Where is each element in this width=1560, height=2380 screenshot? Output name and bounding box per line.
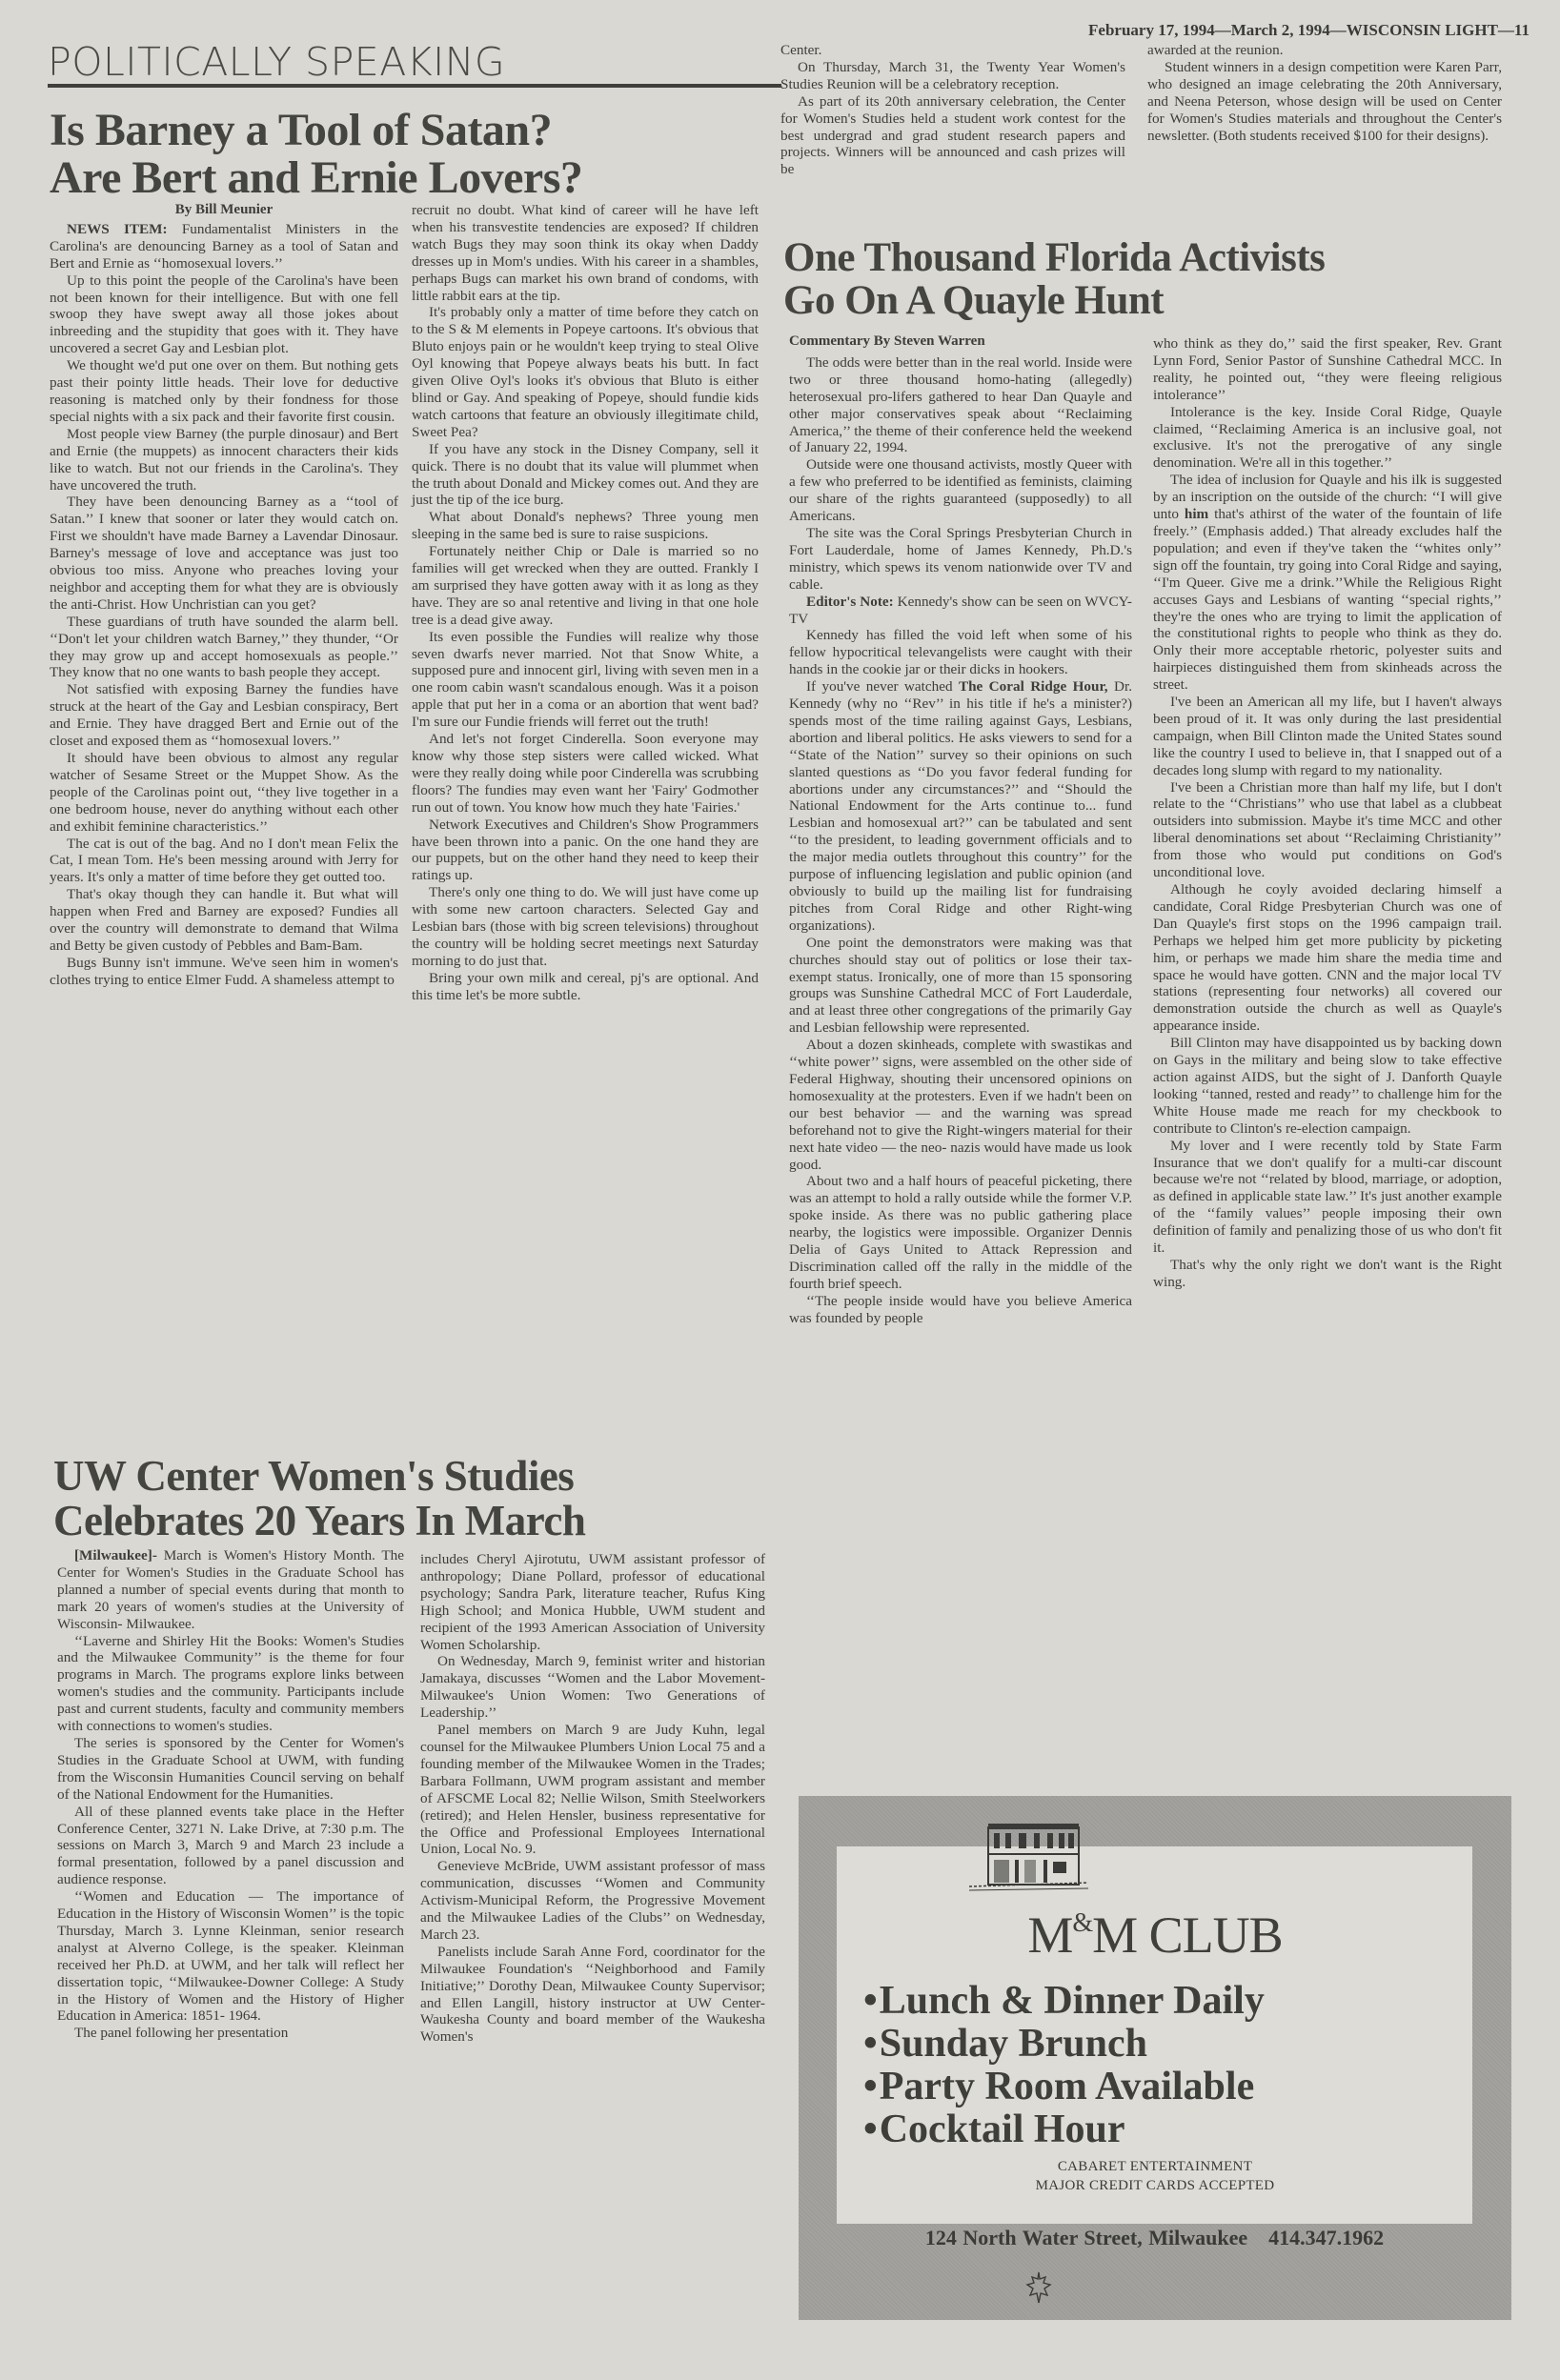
paragraph: All of these planned events take place i… [57,1804,404,1889]
emphasis-word: him [1185,506,1208,522]
ad-contact: 124 North Water Street, Milwaukee414.347… [837,2226,1472,2250]
dateline-paragraph: [Milwaukee]- March is Women's History Mo… [57,1547,404,1633]
womens-studies-headline-line2: Celebrates 20 Years In March [53,1499,778,1543]
paragraph: That's why the only right we don't want … [1153,1257,1502,1291]
paragraph: The idea of inclusion for Quayle and his… [1153,472,1502,694]
ampersand: & [1072,1908,1092,1938]
paragraph: The cat is out of the bag. And no I don'… [50,836,398,887]
paragraph: The site was the Coral Springs Presbyter… [789,525,1132,594]
paragraph: ‘‘Women and Education — The importance o… [57,1888,404,2025]
barney-headline: Is Barney a Tool of Satan? Are Bert and … [50,107,774,203]
florida-headline-line1: One Thousand Florida Activists [783,236,1536,279]
paragraph: As part of its 20th anniversary celebrat… [780,93,1125,179]
paragraph: Bill Clinton may have disappointed us by… [1153,1035,1502,1137]
florida-column-1: Commentary By Steven Warren The odds wer… [789,333,1132,1327]
paragraph: It should have been obvious to almost an… [50,750,398,836]
womens-studies-headline: UW Center Women's Studies Celebrates 20 … [53,1454,778,1544]
paragraph: recruit no doubt. What kind of career wi… [412,202,759,304]
paragraph: On Thursday, March 31, the Twenty Year W… [780,59,1125,93]
paragraph: Up to this point the people of the Carol… [50,272,398,358]
paragraph: Although he coyly avoided declaring hims… [1153,881,1502,1035]
paragraph: These guardians of truth have sounded th… [50,614,398,682]
paragraph: includes Cheryl Ajirotutu, UWM assistant… [420,1551,765,1653]
editors-note: Editor's Note: Kennedy's show can be see… [789,594,1132,628]
paragraph: Panel members on March 9 are Judy Kuhn, … [420,1722,765,1858]
paragraph: That's okay though they can handle it. B… [50,886,398,955]
paragraph: About two and a half hours of peaceful p… [789,1173,1132,1292]
paragraph: And let's not forget Cinderella. Soon ev… [412,731,759,817]
ad-feature-item: Lunch & Dinner Daily [863,1980,1483,2023]
page-folio: February 17, 1994—March 2, 1994—WISCONSI… [1001,21,1530,40]
ad-address: 124 North Water Street, Milwaukee [925,2226,1247,2249]
ad-small-print: CABARET ENTERTAINMENT MAJOR CREDIT CARDS… [799,2157,1511,2195]
florida-byline: Commentary By Steven Warren [789,333,1132,351]
florida-headline: One Thousand Florida Activists Go On A Q… [783,236,1536,322]
womens-studies-headline-line1: UW Center Women's Studies [53,1454,778,1499]
paragraph: The panel following her presentation [57,2025,404,2042]
paragraph: We thought we'd put one over on them. Bu… [50,357,398,426]
barney-byline: By Bill Meunier [50,202,398,219]
ad-credit-cards: MAJOR CREDIT CARDS ACCEPTED [799,2176,1511,2195]
barney-column-2: recruit no doubt. What kind of career wi… [412,202,759,1004]
barney-lead-paragraph: NEWS ITEM: Fundamentalist Ministers in t… [50,221,398,272]
paragraph: There's only one thing to do. We will ju… [412,884,759,970]
ad-feature-item: Party Room Available [863,2066,1483,2108]
barney-headline-line1: Is Barney a Tool of Satan? [50,107,774,154]
ad-cabaret: CABARET ENTERTAINMENT [799,2157,1511,2176]
paragraph: Most people view Barney (the purple dino… [50,426,398,494]
paragraph: ‘‘The people inside would have you belie… [789,1293,1132,1327]
womens-studies-column-4: awarded at the reunion. Student winners … [1147,42,1502,144]
dateline: [Milwaukee]- [74,1547,157,1563]
paragraph: The odds were better than in the real wo… [789,354,1132,456]
paragraph: ‘‘Laverne and Shirley Hit the Books: Wom… [57,1633,404,1735]
florida-headline-line2: Go On A Quayle Hunt [783,279,1536,322]
paragraph: who think as they do,’’ said the first s… [1153,335,1502,404]
paragraph: Fortunately neither Chip or Dale is marr… [412,543,759,629]
womens-studies-column-1: [Milwaukee]- March is Women's History Mo… [57,1547,404,2042]
paragraph: Intolerance is the key. Inside Coral Rid… [1153,404,1502,473]
paragraph: I've been an American all my life, but I… [1153,694,1502,779]
paragraph: What about Donald's nephews? Three young… [412,509,759,543]
paragraph: The series is sponsored by the Center fo… [57,1735,404,1804]
paragraph: Kennedy has filled the void left when so… [789,627,1132,678]
leaf-logo-icon [1025,2270,1052,2305]
barney-headline-line2: Are Bert and Ernie Lovers? [50,154,774,202]
editors-note-label: Editor's Note: [806,594,894,610]
paragraph: Bugs Bunny isn't immune. We've seen him … [50,955,398,989]
ad-phone: 414.347.1962 [1268,2226,1384,2249]
paragraph: Genevieve McBride, UWM assistant profess… [420,1858,765,1944]
paragraph: Network Executives and Children's Show P… [412,817,759,885]
paragraph: I've been a Christian more than half my … [1153,779,1502,881]
paragraph: Its even possible the Fundies will reali… [412,629,759,731]
ad-club-name: M&M CLUB [799,1906,1511,1965]
ad-feature-item: Sunday Brunch [863,2023,1483,2066]
paragraph: It's probably only a matter of time befo… [412,304,759,440]
paragraph: Center. [780,42,1125,59]
section-title: POLITICALLY SPEAKING [48,40,781,88]
paragraph: On Wednesday, March 9, feminist writer a… [420,1653,765,1722]
paragraph: If you have any stock in the Disney Comp… [412,441,759,510]
paragraph: If you've never watched The Coral Ridge … [789,678,1132,935]
show-name: The Coral Ridge Hour, [959,678,1108,695]
paragraph: Bring your own milk and cereal, pj's are… [412,970,759,1004]
paragraph: My lover and I were recently told by Sta… [1153,1138,1502,1257]
building-icon [969,1820,1088,1896]
paragraph: awarded at the reunion. [1147,42,1502,59]
florida-column-2: who think as they do,’’ said the first s… [1153,335,1502,1291]
paragraph: About a dozen skinheads, complete with s… [789,1037,1132,1173]
ad-feature-item: Cocktail Hour [863,2108,1483,2151]
paragraph: Panelists include Sarah Anne Ford, coord… [420,1944,765,2046]
news-item-label: NEWS ITEM: [67,221,168,237]
womens-studies-column-2: includes Cheryl Ajirotutu, UWM assistant… [420,1551,765,2046]
womens-studies-column-3: Center. On Thursday, March 31, the Twent… [780,42,1125,178]
paragraph: Student winners in a design competition … [1147,59,1502,145]
paragraph: Not satisfied with exposing Barney the f… [50,681,398,750]
paragraph: Outside were one thousand activists, mos… [789,456,1132,525]
ad-features-list: Lunch & Dinner Daily Sunday Brunch Party… [863,1980,1483,2151]
paragraph: One point the demonstrators were making … [789,935,1132,1037]
paragraph: They have been denouncing Barney as a ‘‘… [50,494,398,613]
barney-column-1: By Bill Meunier NEWS ITEM: Fundamentalis… [50,202,398,989]
